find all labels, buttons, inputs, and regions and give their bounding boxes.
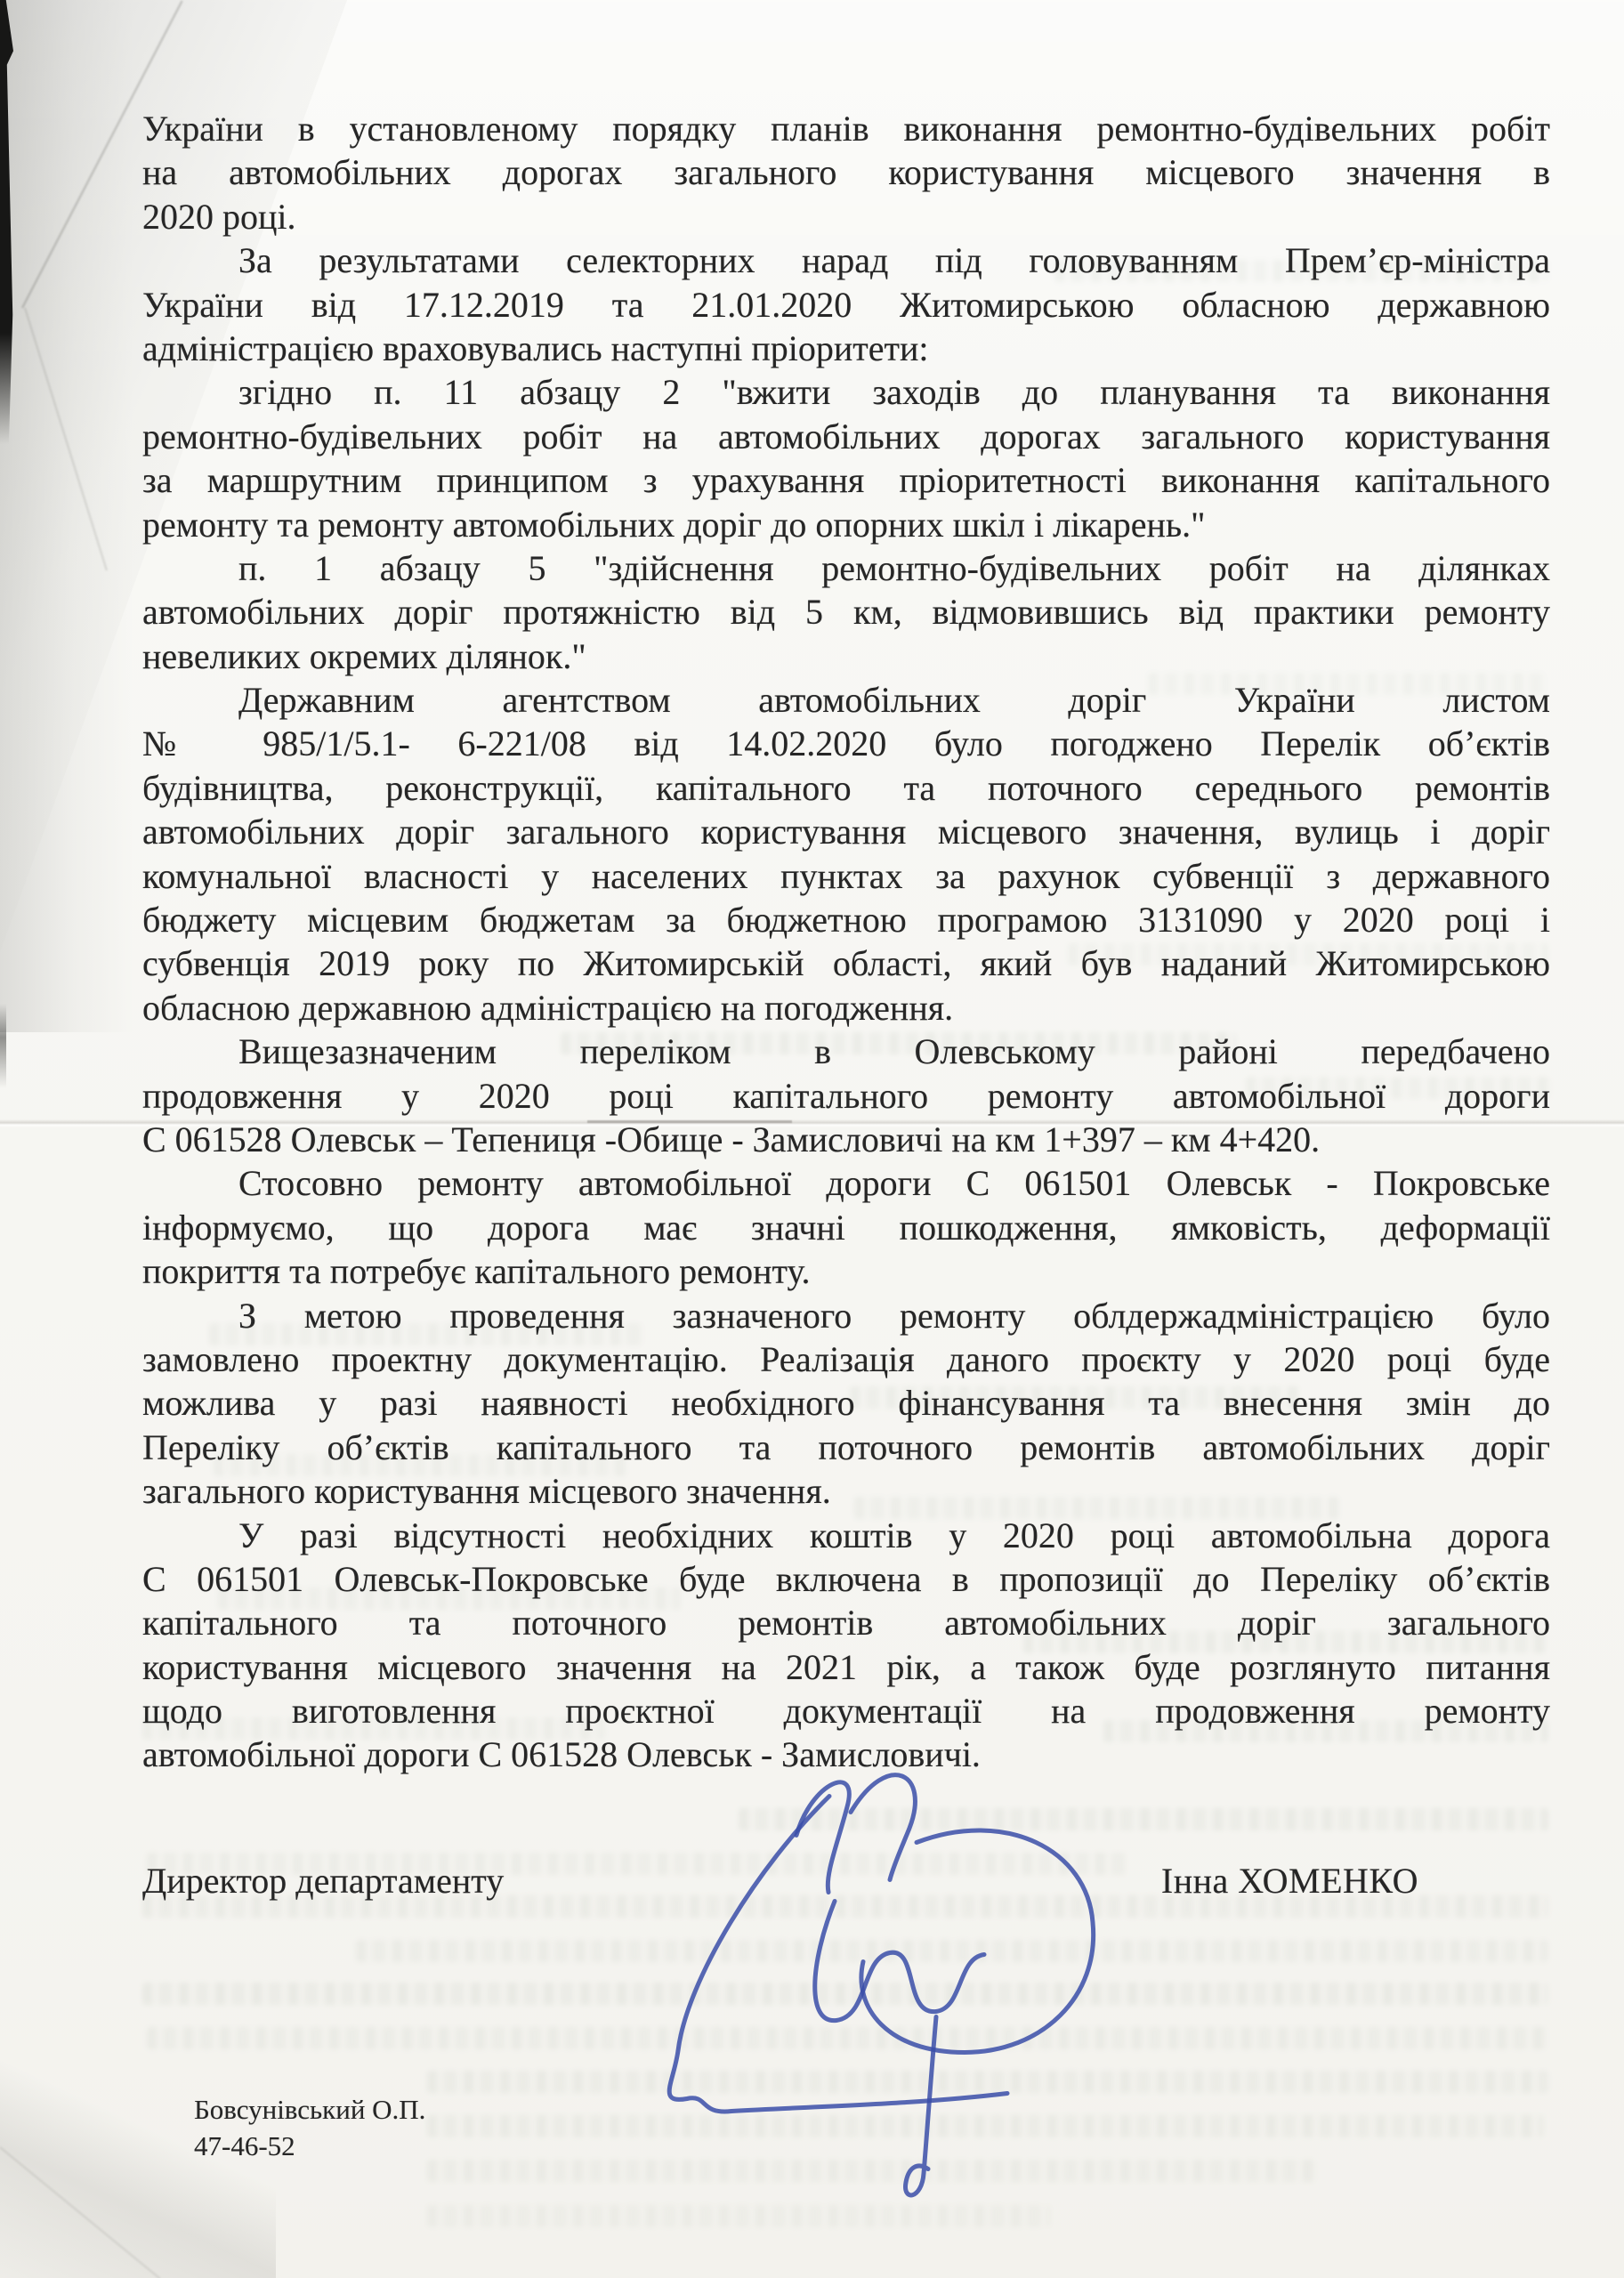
body-line: Стосовно ремонту автомобільної дороги С … xyxy=(142,1161,1550,1205)
body-line: на автомобільних дорогах загального кори… xyxy=(142,150,1550,194)
paragraph: Стосовно ремонту автомобільної дороги С … xyxy=(142,1161,1550,1293)
body-line: згідно п. 11 абзацу 2 "вжити заходів до … xyxy=(142,370,1550,414)
body-line: З метою проведення зазначеного ремонту о… xyxy=(142,1294,1550,1337)
body-line: невеликих окремих ділянок." xyxy=(142,634,1550,678)
body-line: бюджету місцевим бюджетам за бюджетною п… xyxy=(142,898,1550,941)
handwritten-signature xyxy=(623,1755,1139,2213)
paragraph: згідно п. 11 абзацу 2 "вжити заходів до … xyxy=(142,370,1550,546)
executor-phone: 47-46-52 xyxy=(194,2128,425,2164)
paragraph: Державним агентством автомобільних доріг… xyxy=(142,678,1550,1030)
body-line: комунальної власності у населених пункта… xyxy=(142,854,1550,898)
paragraph: п. 1 абзацу 5 "здійснення ремонтно-будів… xyxy=(142,546,1550,678)
body-line: за маршрутним принципом з урахування прі… xyxy=(142,458,1550,502)
paragraph: У разі відсутності необхідних коштів у 2… xyxy=(142,1514,1550,1777)
body-line: капітального та поточного ремонтів автом… xyxy=(142,1601,1550,1644)
scanner-edge-artifact xyxy=(0,1004,6,1088)
body-line: можлива у разі наявності необхідного фін… xyxy=(142,1381,1550,1425)
body-line: № 985/1/5.1- 6-221/08 від 14.02.2020 бул… xyxy=(142,722,1550,765)
body-line: щодо виготовлення проєктної документації… xyxy=(142,1689,1550,1733)
body-line: загального користування місцевого значен… xyxy=(142,1469,1550,1513)
paragraph: З метою проведення зазначеного ремонту о… xyxy=(142,1294,1550,1514)
executor-name: Бовсунівський О.П. xyxy=(194,2091,425,2128)
body-line: будівництва, реконструкції, капітального… xyxy=(142,766,1550,810)
body-line: 2020 році. xyxy=(142,195,1550,238)
body-line: субвенція 2019 року по Житомирській обла… xyxy=(142,941,1550,985)
scanned-letter-page: України в установленому порядку планів в… xyxy=(0,0,1624,2278)
body-line: інформуємо, що дорога має значні пошкодж… xyxy=(142,1206,1550,1249)
body-line: С 061528 Олевськ – Тепениця -Обище - Зам… xyxy=(142,1118,1550,1161)
body-line: ремонтно-будівельних робіт на автомобіль… xyxy=(142,415,1550,458)
body-line: адміністрацією враховувались наступні пр… xyxy=(142,327,1550,370)
body-line: Переліку об’єктів капітального та поточн… xyxy=(142,1426,1550,1469)
letter-footer: Бовсунівський О.П. 47-46-52 xyxy=(194,2091,425,2164)
paragraph: За результатами селекторних нарад під го… xyxy=(142,238,1550,370)
body-line: Вищезазначеним переліком в Олевському ра… xyxy=(142,1030,1550,1073)
body-line: замовлено проектну документацію. Реаліза… xyxy=(142,1337,1550,1381)
body-line: покриття та потребує капітального ремонт… xyxy=(142,1249,1550,1293)
body-line: У разі відсутності необхідних коштів у 2… xyxy=(142,1514,1550,1557)
body-line: п. 1 абзацу 5 "здійснення ремонтно-будів… xyxy=(142,546,1550,590)
body-line: ремонту та ремонту автомобільних доріг д… xyxy=(142,503,1550,546)
body-line: С 061501 Олевськ-Покровське буде включен… xyxy=(142,1557,1550,1601)
body-line: Державним агентством автомобільних доріг… xyxy=(142,678,1550,722)
body-line: За результатами селекторних нарад під го… xyxy=(142,238,1550,282)
body-line: обласною державною адміністрацією на пог… xyxy=(142,986,1550,1030)
body-line: продовження у 2020 році капітального рем… xyxy=(142,1074,1550,1118)
paragraph: України в установленому порядку планів в… xyxy=(142,107,1550,238)
signer-role: Директор департаменту xyxy=(142,1860,504,1902)
signer-name: Інна ХОМЕНКО xyxy=(1161,1860,1418,1902)
body-line: України в установленому порядку планів в… xyxy=(142,107,1550,150)
paragraph: Вищезазначеним переліком в Олевському ра… xyxy=(142,1030,1550,1161)
body-line: користування місцевого значення на 2021 … xyxy=(142,1645,1550,1689)
body-line: автомобільних доріг протяжністю від 5 км… xyxy=(142,590,1550,634)
body-line: автомобільних доріг загального користува… xyxy=(142,810,1550,853)
body-line: України від 17.12.2019 та 21.01.2020 Жит… xyxy=(142,283,1550,327)
letter-body: України в установленому порядку планів в… xyxy=(142,107,1550,1777)
